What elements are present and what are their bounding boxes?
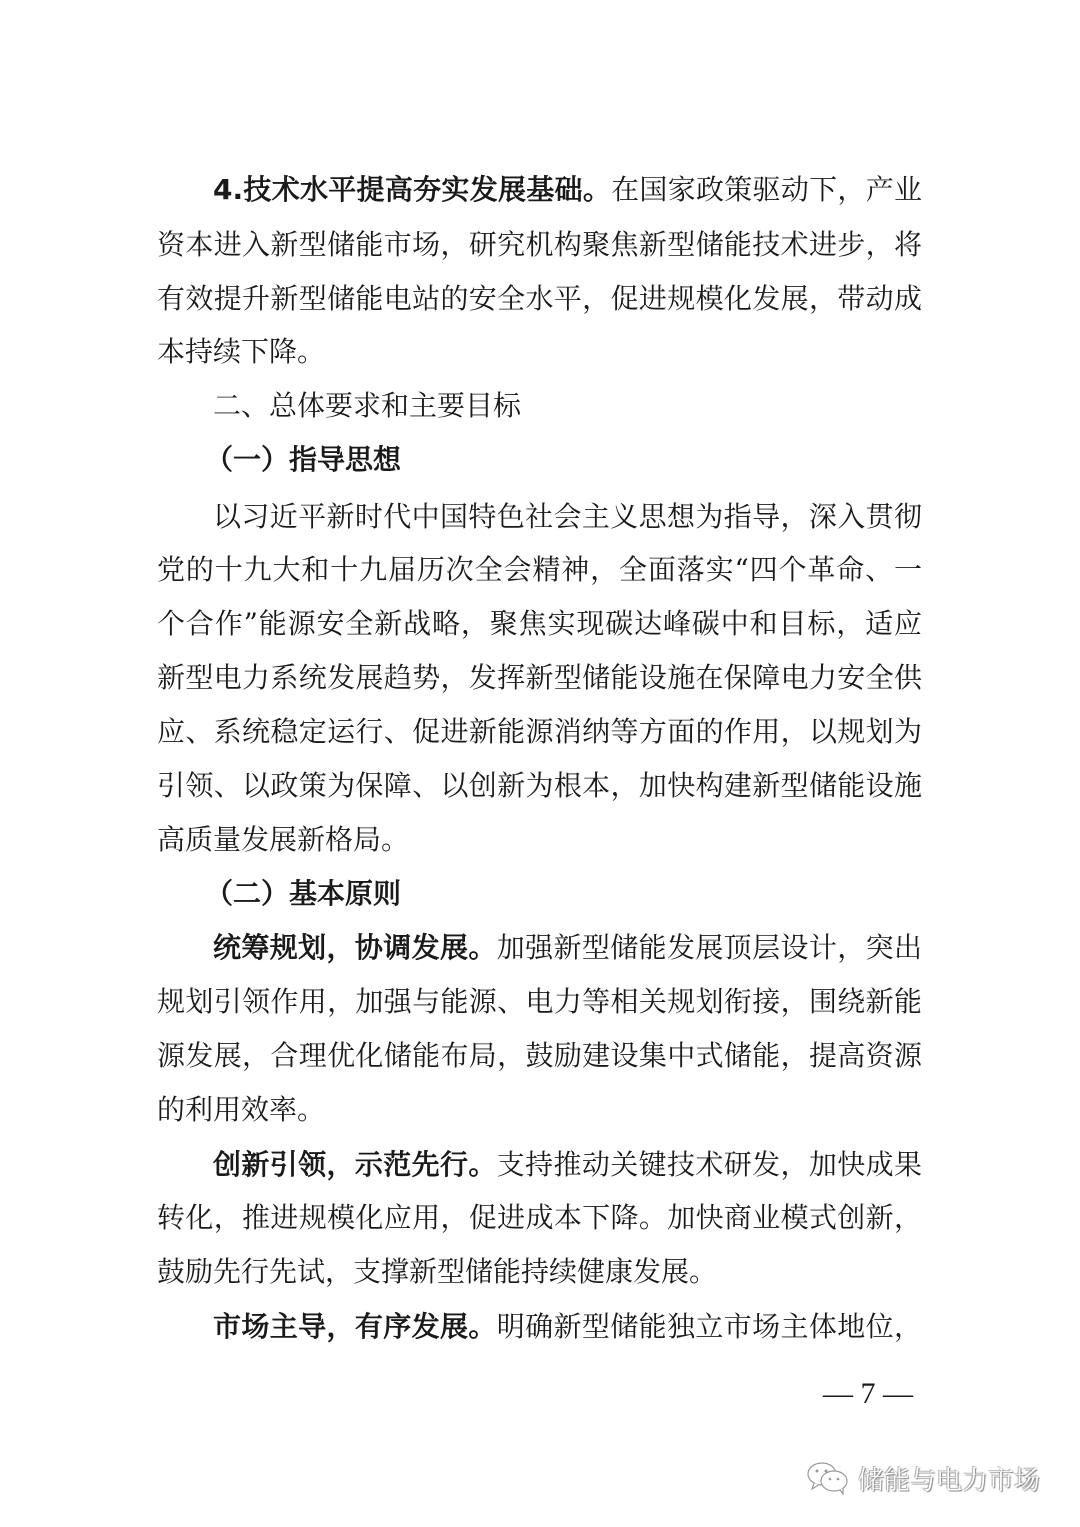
paragraph-line: 4.技术水平提高夯实发展基础。在国家政策驱动下，产业 — [213, 170, 922, 210]
bold-lead: 市场主导，有序发展。 — [213, 1310, 497, 1343]
paragraph-line: 创新引领，示范先行。支持推动关键技术研发，加快成果 — [213, 1145, 922, 1185]
page-number: — 7 — — [818, 1374, 918, 1414]
paragraph-line: 本持续下降。 — [157, 332, 922, 372]
watermark-label: 储能与电力市场 — [858, 1460, 1040, 1497]
wechat-icon — [806, 1461, 850, 1495]
document-page: 4.技术水平提高夯实发展基础。在国家政策驱动下，产业 资本进入新型储能市场，研究… — [0, 0, 1080, 1527]
paragraph-line: 市场主导，有序发展。明确新型储能独立市场主体地位， — [213, 1307, 922, 1347]
line-text: 加强新型储能发展顶层设计，突出 — [497, 931, 922, 964]
paragraph-line: 有效提升新型储能电站的安全水平，促进规模化发展，带动成 — [157, 279, 922, 319]
line-text: 支持推动关键技术研发，加快成果 — [497, 1148, 922, 1181]
bold-lead: 统筹规划，协调发展。 — [213, 931, 497, 964]
watermark: 储能与电力市场 — [806, 1458, 1040, 1498]
paragraph-line: 源发展，合理优化储能布局，鼓励建设集中式储能，提高资源 — [157, 1036, 922, 1076]
paragraph-line: 新型电力系统发展趋势，发挥新型储能设施在保障电力安全供 — [157, 658, 922, 698]
paragraph-line: 高质量发展新格局。 — [157, 820, 922, 860]
paragraph-line: 党的十九大和十九届历次全会精神，全面落实“四个革命、一 — [157, 550, 922, 590]
line-text: 明确新型储能独立市场主体地位， — [497, 1310, 922, 1343]
subsection-heading: （一）指导思想 — [205, 440, 970, 480]
paragraph-line: 规划引领作用，加强与能源、电力等相关规划衔接，围绕新能 — [157, 982, 922, 1022]
line-text: 在国家政策驱动下，产业 — [611, 173, 922, 206]
bold-lead: 4.技术水平提高夯实发展基础。 — [213, 173, 611, 206]
bold-lead: 创新引领，示范先行。 — [213, 1148, 497, 1181]
paragraph-line: 的利用效率。 — [157, 1090, 922, 1130]
paragraph-line: 资本进入新型储能市场，研究机构聚焦新型储能技术进步，将 — [157, 225, 922, 265]
paragraph-line: 转化，推进规模化应用，促进成本下降。加快商业模式创新， — [157, 1198, 922, 1238]
paragraph-line: 统筹规划，协调发展。加强新型储能发展顶层设计，突出 — [213, 928, 922, 968]
section-heading: 二、总体要求和主要目标 — [213, 386, 922, 426]
paragraph-line: 引领、以政策为保障、以创新为根本，加快构建新型储能设施 — [157, 766, 922, 806]
paragraph-line: 应、系统稳定运行、促进新能源消纳等方面的作用，以规划为 — [157, 712, 922, 752]
subsection-heading: （二）基本原则 — [205, 874, 970, 914]
paragraph-line: 鼓励先行先试，支撑新型储能持续健康发展。 — [157, 1252, 922, 1292]
paragraph-line: 以习近平新时代中国特色社会主义思想为指导，深入贯彻 — [213, 497, 922, 537]
paragraph-line: 个合作”能源安全新战略，聚焦实现碳达峰碳中和目标，适应 — [157, 604, 922, 644]
